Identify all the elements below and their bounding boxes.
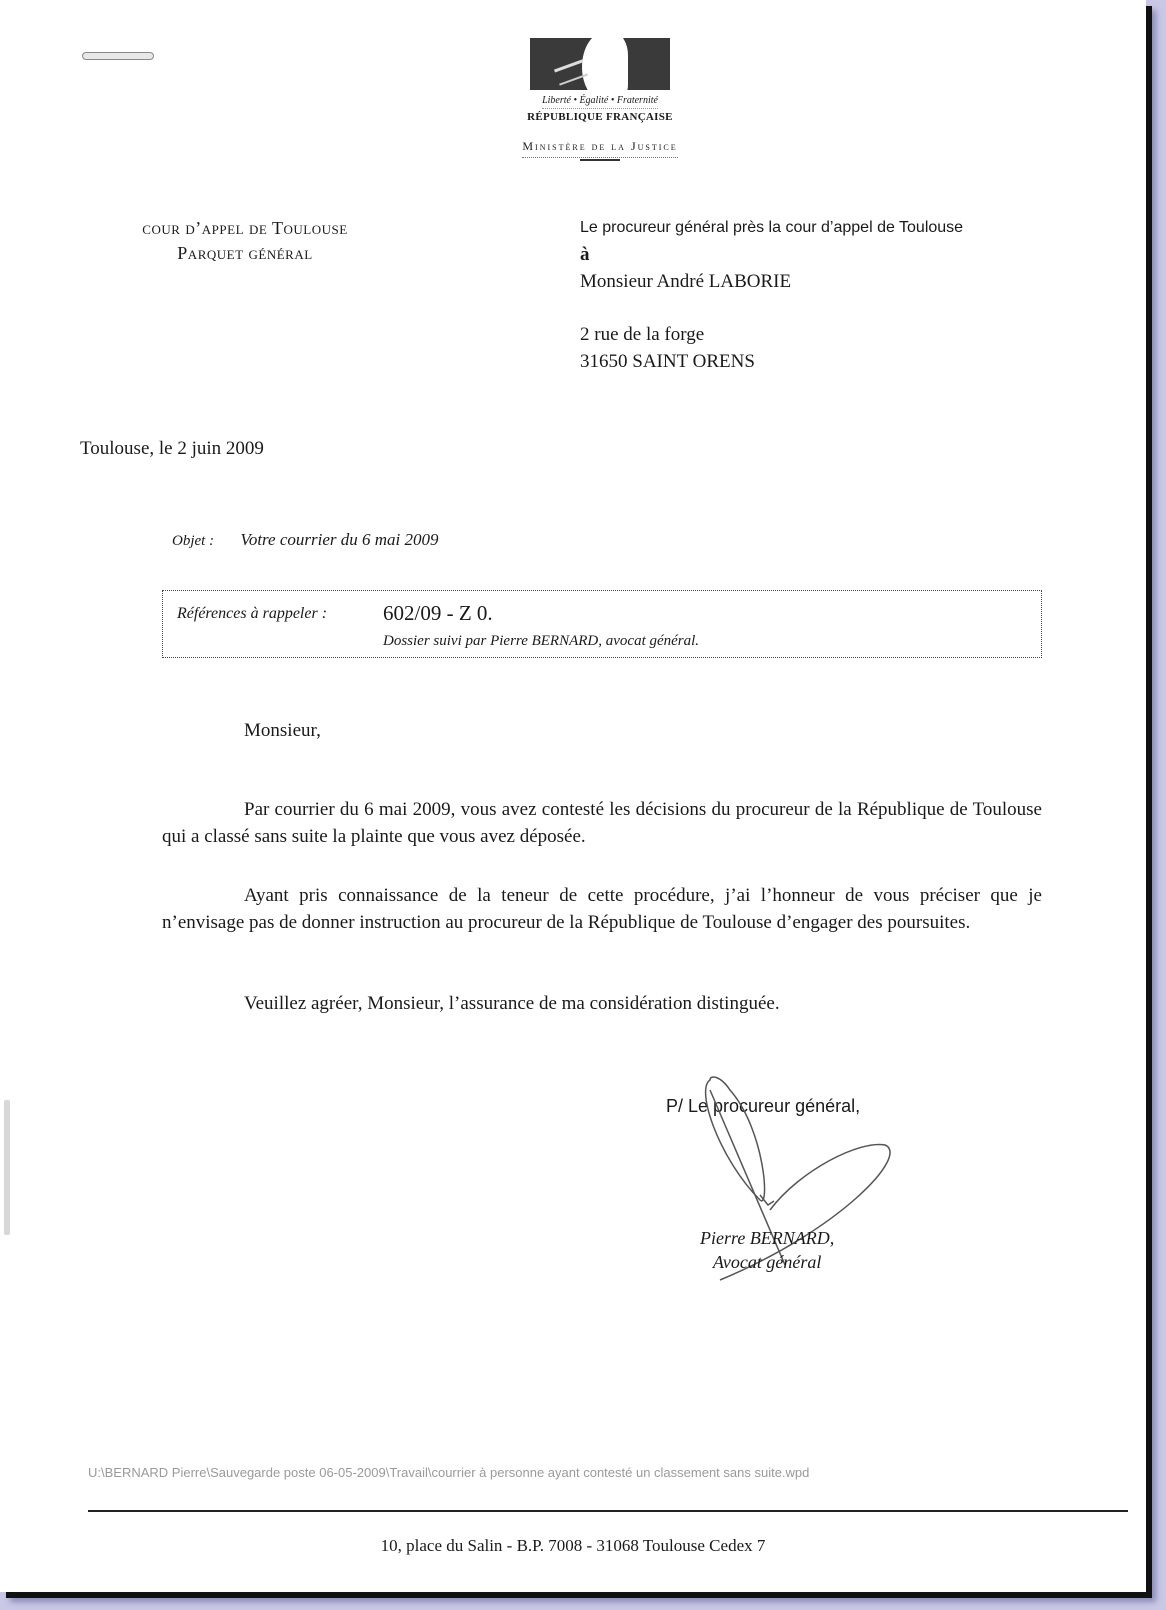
court-name: cour d’appel de Toulouse <box>90 216 400 241</box>
scan-edge-mark <box>4 1100 10 1235</box>
document-file-path: U:\BERNARD Pierre\Sauvegarde poste 06-05… <box>88 1465 809 1480</box>
signatory-name: Pierre BERNARD, <box>700 1226 834 1250</box>
ministry-name: Ministère de la Justice <box>522 139 677 158</box>
to-marker: à <box>580 241 963 268</box>
footer-divider <box>88 1510 1128 1512</box>
subject-value: Votre courrier du 6 mai 2009 <box>240 530 438 549</box>
references-label: Références à rappeler : <box>177 605 327 623</box>
closing-paragraph: Veuillez agréer, Monsieur, l’assurance d… <box>162 990 1042 1017</box>
subject-label: Objet : <box>172 533 214 549</box>
republic-motto: Liberté • Égalité • Fraternité <box>542 95 658 109</box>
case-handler: Dossier suivi par Pierre BERNARD, avocat… <box>383 633 699 650</box>
recipient-address-street: 2 rue de la forge <box>580 321 963 348</box>
subject-line: Objet : Votre courrier du 6 mai 2009 <box>172 530 439 550</box>
address-block: Le procureur général près la cour d’appe… <box>580 214 963 375</box>
republic-name: RÉPUBLIQUE FRANÇAISE <box>500 111 700 123</box>
signatory-block: Pierre BERNARD, Avocat général <box>700 1226 834 1274</box>
sender-line: Le procureur général près la cour d’appe… <box>580 214 963 241</box>
references-box: Références à rappeler : 602/09 - Z 0. Do… <box>162 590 1042 658</box>
marianne-logo-icon <box>530 38 670 90</box>
salutation: Monsieur, <box>244 720 321 742</box>
letter-page: Liberté • Égalité • Fraternité RÉPUBLIQU… <box>0 0 1146 1592</box>
recipient-address-city: 31650 SAINT ORENS <box>580 348 963 375</box>
staple-mark <box>82 52 154 60</box>
reference-number: 602/09 - Z 0. <box>383 601 493 626</box>
ministry-underline <box>580 159 620 161</box>
court-heading: cour d’appel de Toulouse Parquet général <box>90 216 400 266</box>
court-department: Parquet général <box>90 241 400 266</box>
letter-date: Toulouse, le 2 juin 2009 <box>80 438 264 460</box>
body-paragraph: Ayant pris connaissance de la teneur de … <box>162 882 1042 936</box>
body-paragraph: Par courrier du 6 mai 2009, vous avez co… <box>162 796 1042 850</box>
ministry-logo: Liberté • Égalité • Fraternité RÉPUBLIQU… <box>500 38 700 161</box>
recipient-name: Monsieur André LABORIE <box>580 268 963 295</box>
signatory-role: Avocat général <box>700 1250 834 1274</box>
footer-address: 10, place du Salin - B.P. 7008 - 31068 T… <box>0 1536 1146 1556</box>
